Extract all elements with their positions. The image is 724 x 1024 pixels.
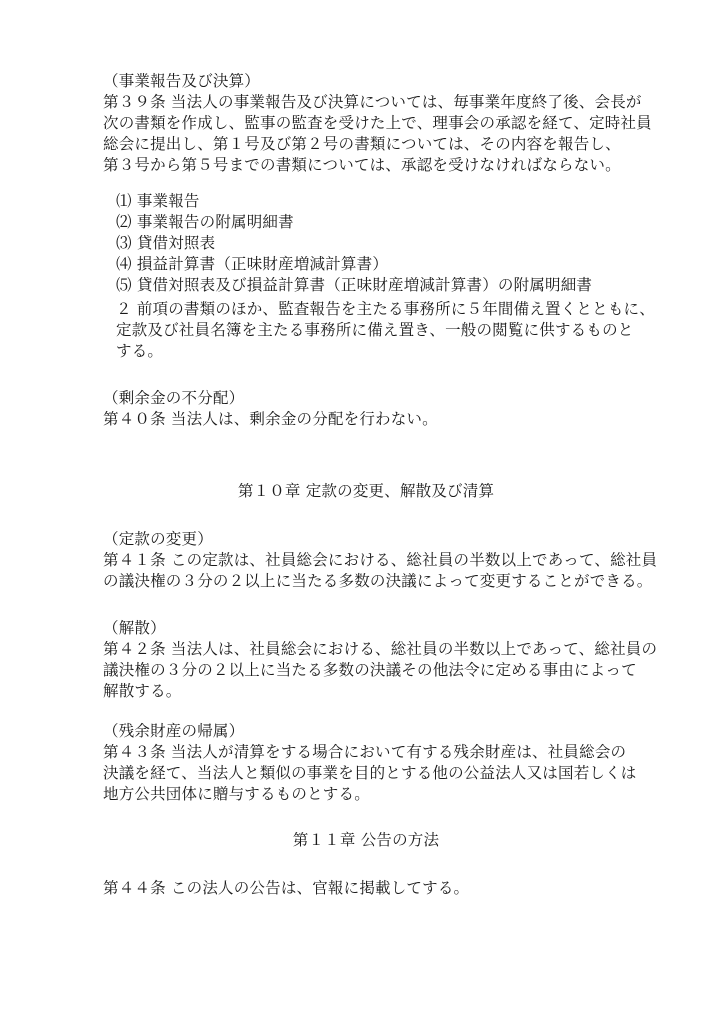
list-item: ⑴ 事業報告 (116, 192, 200, 211)
article-43-text: 決議を経て、当法人と類似の事業を目的とする他の公益法人又は国若しくは (103, 764, 637, 783)
article-39-para2: する。 (116, 342, 163, 361)
article-39-text: 第３９条 当法人の事業報告及び決算については、毎事業年度終了後、会長が (103, 93, 642, 112)
article-42-text: 解散する。 (103, 682, 182, 701)
article-39-para2: 定款及び社員名簿を主たる事務所に備え置き、一般の閲覧に供するものと (116, 321, 633, 340)
article-39-text: 総会に提出し、第１号及び第２号の書類については、その内容を報告し、 (103, 135, 621, 154)
article-42-caption: （解散） (103, 619, 166, 638)
chapter-11-heading: 第１１章 公告の方法 (0, 831, 724, 850)
article-42-text: 第４２条 当法人は、社員総会における、総社員の半数以上であって、総社員の (103, 640, 657, 659)
article-41-text: の議決権の３分の２以上に当たる多数の決議によって変更することができる。 (103, 572, 653, 591)
article-41-text: 第４１条 この定款は、社員総会における、総社員の半数以上であって、総社員 (103, 551, 657, 570)
list-item: ⑸ 貸借対照表及び損益計算書（正味財産増減計算書）の附属明細書 (116, 276, 592, 295)
list-item: ⑶ 貸借対照表 (116, 234, 215, 253)
list-item: ⑵ 事業報告の附属明細書 (116, 213, 294, 232)
article-44-text: 第４４条 この法人の公告は、官報に掲載してする。 (103, 879, 469, 898)
article-43-text: 第４３条 当法人が清算をする場合において有する残余財産は、社員総会の (103, 743, 626, 762)
article-42-text: 議決権の３分の２以上に当たる多数の決議その他法令に定める事由によって (103, 661, 637, 680)
article-43-caption: （残余財産の帰属） (103, 722, 244, 741)
list-item: ⑷ 損益計算書（正味財産増減計算書） (116, 255, 388, 274)
article-43-text: 地方公共団体に贈与するものとする。 (103, 785, 370, 804)
article-39-text: 第３号から第５号までの書類については、承認を受けなければならない。 (103, 156, 621, 175)
article-40-caption: （剰余金の不分配） (103, 389, 244, 408)
article-41-caption: （定款の変更） (103, 530, 213, 549)
article-39-text: 次の書類を作成し、監事の監査を受けた上で、理事会の承認を経て、定時社員 (103, 114, 652, 133)
article-39-caption: （事業報告及び決算） (103, 72, 260, 91)
article-40-text: 第４０条 当法人は、剰余金の分配を行わない。 (103, 410, 438, 429)
article-39-para2: ２ 前項の書類のほか、監査報告を主たる事務所に５年間備え置くとともに、 (116, 300, 655, 319)
chapter-10-heading: 第１０章 定款の変更、解散及び清算 (0, 482, 724, 501)
